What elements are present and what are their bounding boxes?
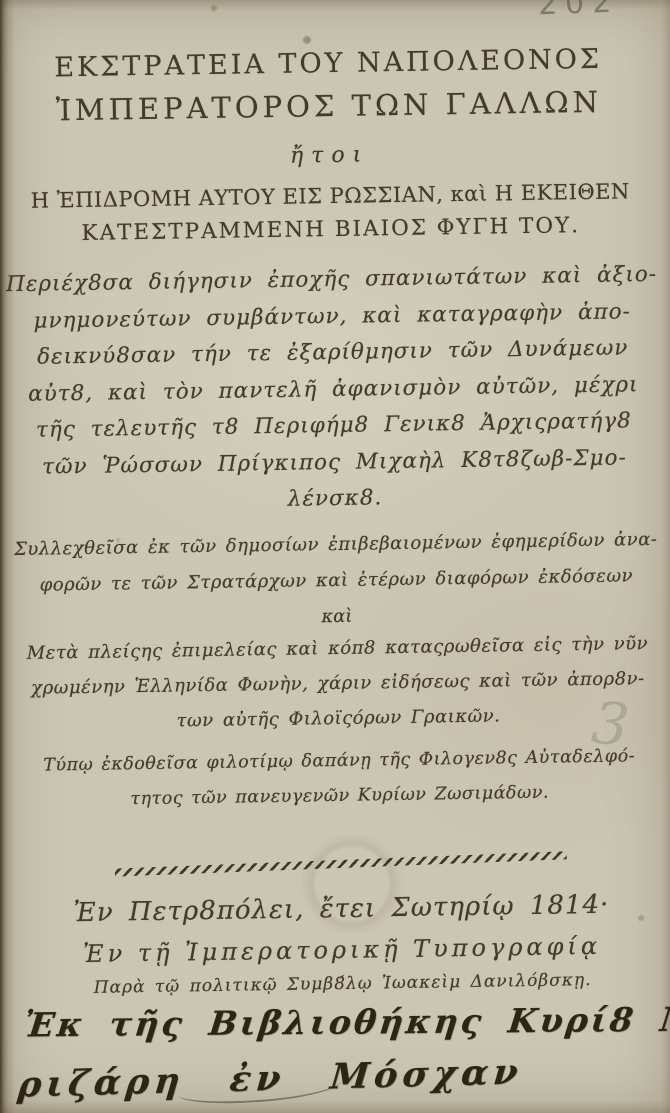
subtitle-line-1: Η ἘΠΙΔΡΟΜΗ ΑΥΤΟΥ ΕΙΣ ΡΩΣΣΙΑΝ, καὶ Η ΕΚΕΙ…: [0, 179, 665, 214]
synopsis-paragraph: Περιέχ8σα διήγησιν ἐποχῆς σπανιωτάτων κα…: [0, 257, 670, 523]
handwritten-inscription-line-1: Ἐκ τῆς Βιβλιοθήκης Κυρί8 Μάνθ8: [22, 999, 670, 1045]
imprint-agent: Παρὰ τῷ πολιτικῷ Συμβ8́λῳ Ἰωακεὶμ Δανιλό…: [8, 968, 670, 999]
scanned-book-title-page: 202 3 ΕΚΣΤΡΑΤΕΙΑ ΤΟΥ ΝΑΠΟΛΕΟΝΟΣ ἸΜΠΕΡΑΤΟ…: [0, 0, 670, 1113]
title-line-1: ΕΚΣΤΡΑΤΕΙΑ ΤΟΥ ΝΑΠΟΛΕΟΝΟΣ: [0, 43, 663, 85]
printed-text-block: ΕΚΣΤΡΑΤΕΙΑ ΤΟΥ ΝΑΠΟΛΕΟΝΟΣ ἸΜΠΕΡΑΤΟΡΟΣ ΤΩ…: [0, 0, 670, 999]
sources-paragraph: Συλλεχθεῖσα ἐκ τῶν δημοσίων ἐπιβεβαιομέν…: [1, 521, 670, 604]
imprint-press: Ἐν τῇ Ἰμπερατορικῇ Τυπογραφίᾳ: [7, 930, 670, 969]
subtitle-connector: ἤτοι: [0, 138, 665, 174]
publisher-paragraph: Τύπῳ ἐκδοθεῖσα φιλοτίμῳ δαπάνῃ τῆς Φιλογ…: [4, 738, 670, 819]
imprint-place-year: Ἐν Πετρ8πόλει, ἔτει Σωτηρίῳ 1814·: [6, 888, 670, 929]
ornamental-dashed-rule: [115, 851, 567, 876]
subtitle-line-2: ΚΑΤΕΣΤΡΑΜΜΕΝΗ ΒΙΑΙΟΣ ΦΥΓΗ ΤΟΥ.: [0, 212, 666, 248]
title-line-2: ἸΜΠΕΡΑΤΟΡΟΣ ΤΩΝ ΓΑΛΛΩΝ: [0, 84, 664, 129]
translation-paragraph: Μετὰ πλείςης ἐπιμελείας καὶ κόπ8 καταςρω…: [2, 625, 670, 741]
